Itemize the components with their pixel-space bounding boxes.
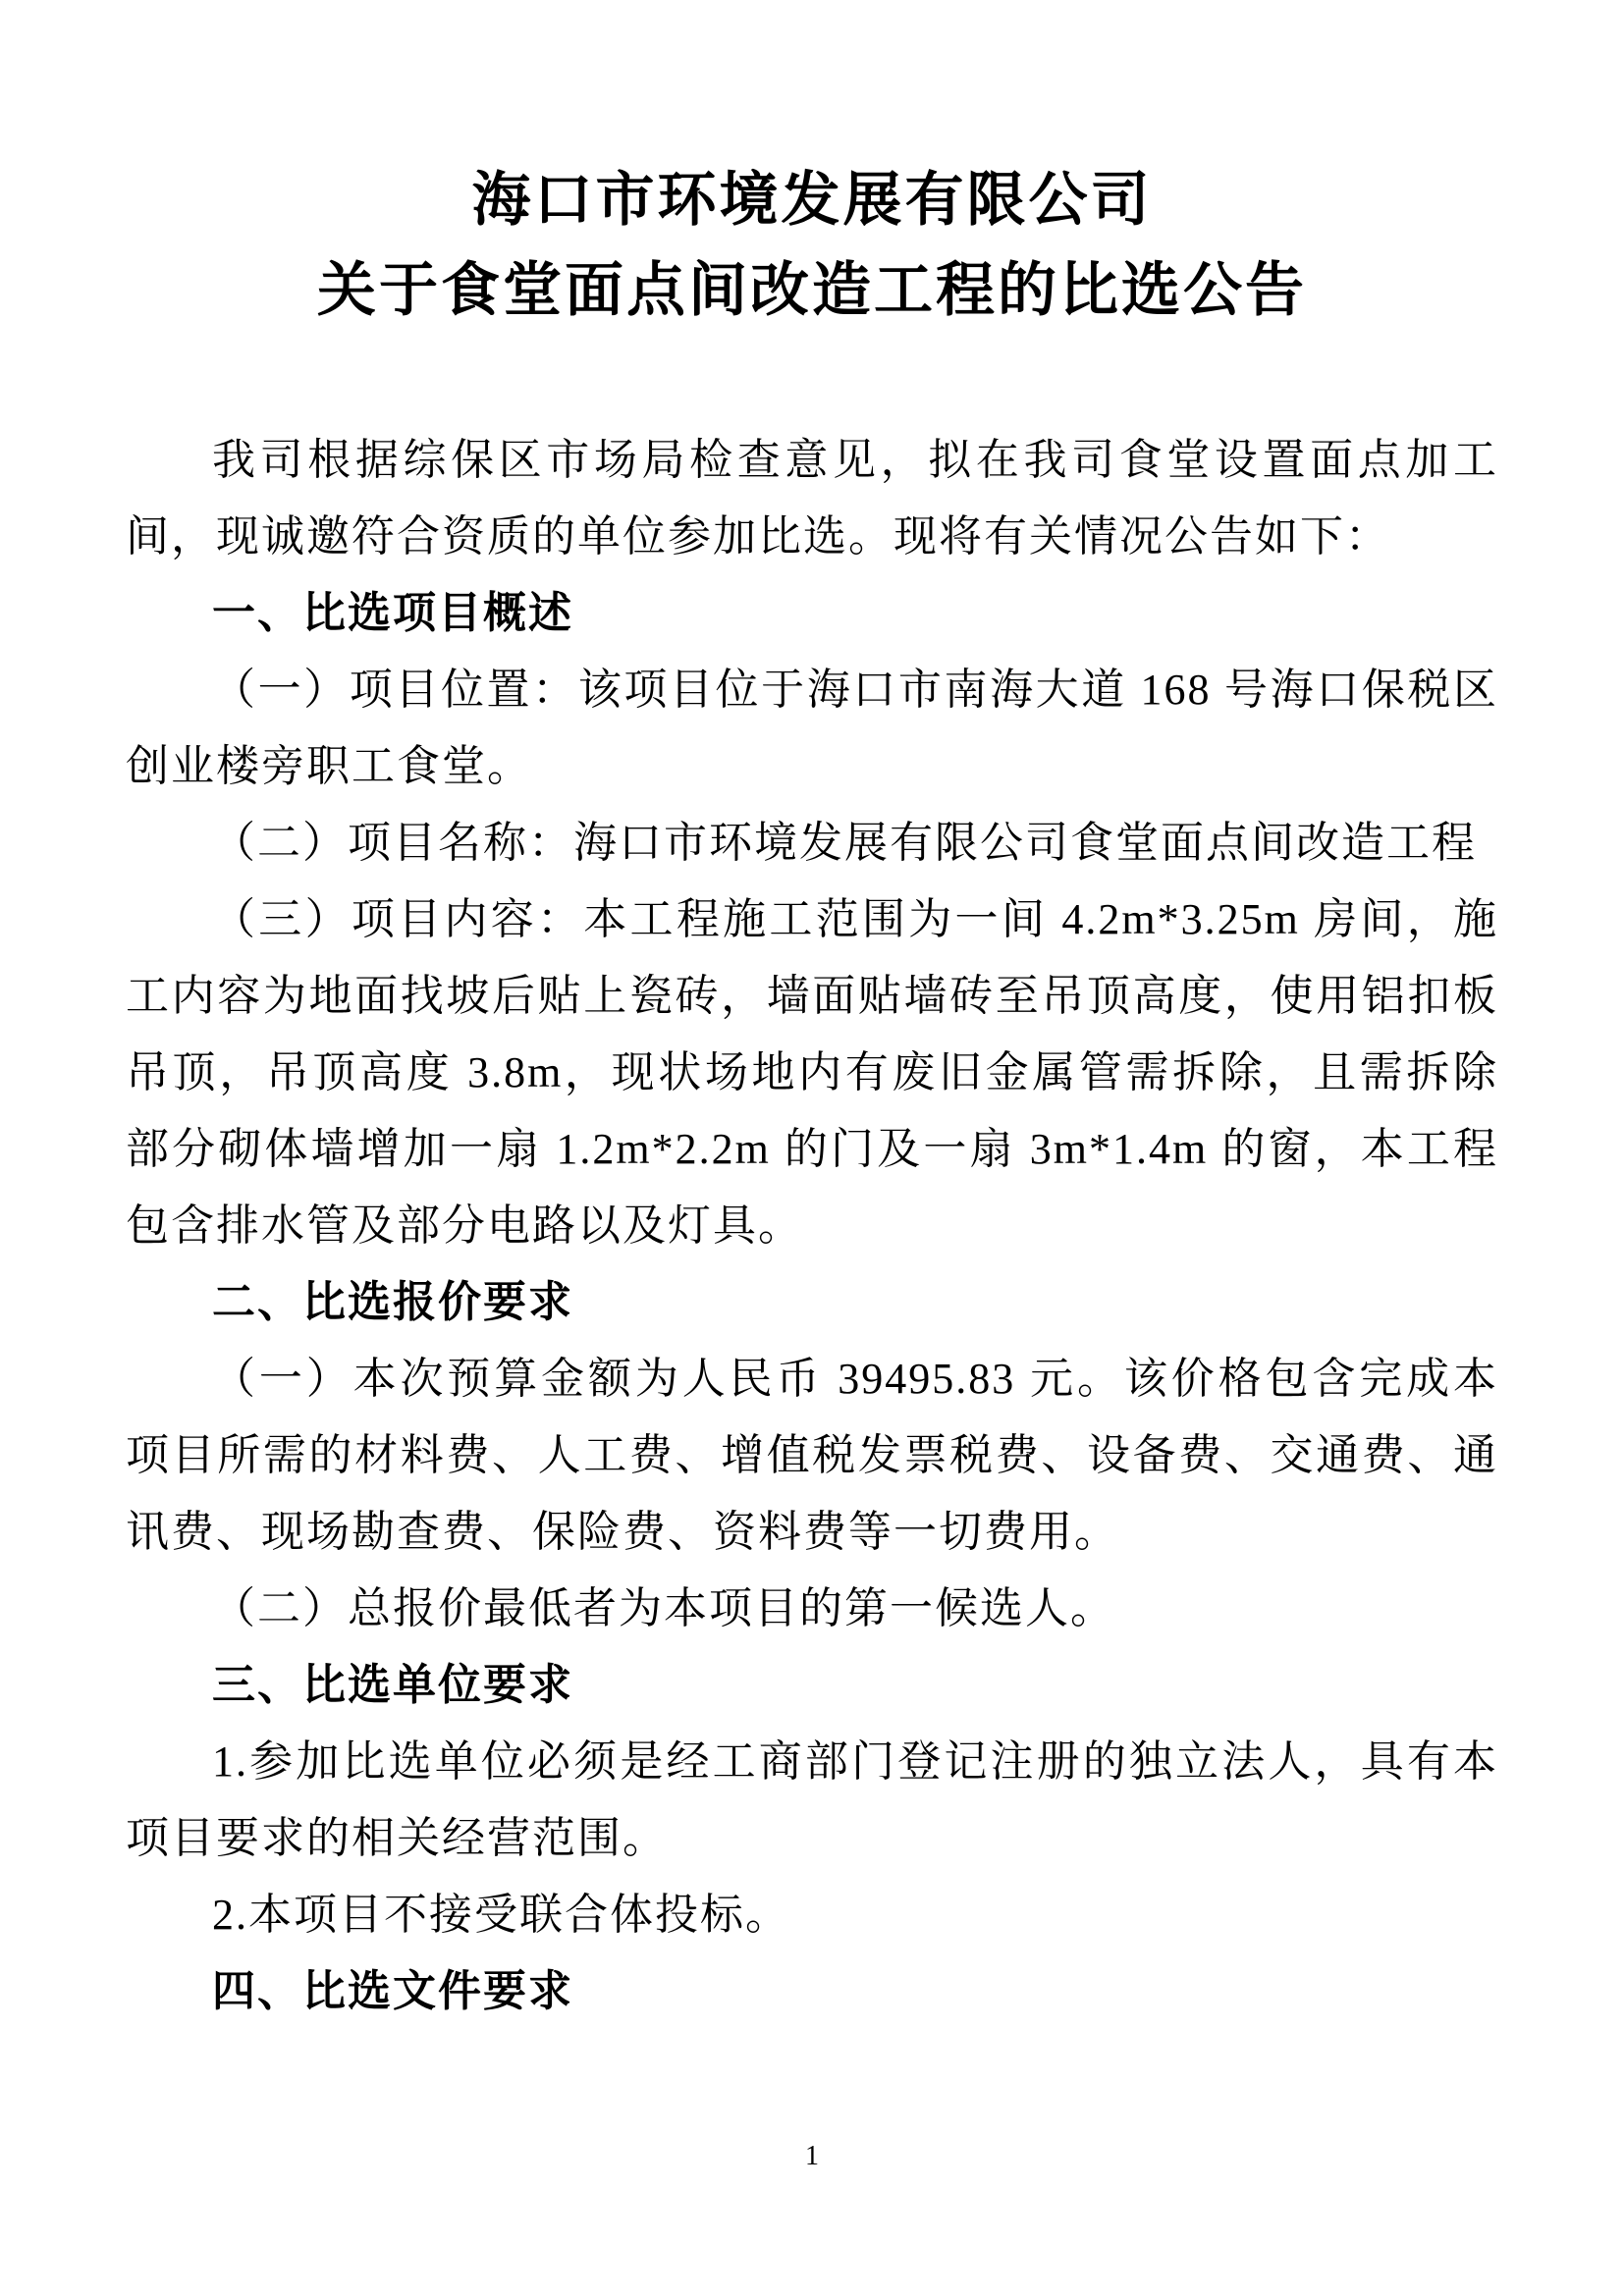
section-2-item-1-paragraph: （一）本次预算金额为人民币 39495.83 元。该价格包含完成本项目所需的材料… <box>126 1341 1498 1571</box>
section-2-heading: 二、比选报价要求 <box>126 1264 1498 1341</box>
section-2-item-2-paragraph: （二）总报价最低者为本项目的第一候选人。 <box>126 1571 1498 1647</box>
document-title-line2: 关于食堂面点间改造工程的比选公告 <box>126 245 1498 336</box>
section-1-item-1-paragraph: （一）项目位置：该项目位于海口市南海大道 168 号海口保税区创业楼旁职工食堂。 <box>126 652 1498 805</box>
section-3-heading: 三、比选单位要求 <box>126 1647 1498 1724</box>
section-4-heading: 四、比选文件要求 <box>126 1953 1498 2030</box>
section-1-heading: 一、比选项目概述 <box>126 575 1498 652</box>
intro-paragraph: 我司根据综保区市场局检查意见，拟在我司食堂设置面点加工间，现诚邀符合资质的单位参… <box>126 422 1498 575</box>
page-number: 1 <box>0 2141 1624 2172</box>
document-title-line1: 海口市环境发展有限公司 <box>126 155 1498 245</box>
section-3-item-2-paragraph: 2.本项目不接受联合体投标。 <box>126 1877 1498 1953</box>
document-body: 我司根据综保区市场局检查意见，拟在我司食堂设置面点加工间，现诚邀符合资质的单位参… <box>126 422 1498 2030</box>
section-1-item-3-paragraph: （三）项目内容：本工程施工范围为一间 4.2m*3.25m 房间，施工内容为地面… <box>126 881 1498 1264</box>
section-1-item-2-paragraph: （二）项目名称：海口市环境发展有限公司食堂面点间改造工程 <box>126 805 1498 881</box>
document-page: 海口市环境发展有限公司 关于食堂面点间改造工程的比选公告 我司根据综保区市场局检… <box>0 0 1624 2296</box>
section-3-item-1-paragraph: 1.参加比选单位必须是经工商部门登记注册的独立法人，具有本项目要求的相关经营范围… <box>126 1724 1498 1877</box>
